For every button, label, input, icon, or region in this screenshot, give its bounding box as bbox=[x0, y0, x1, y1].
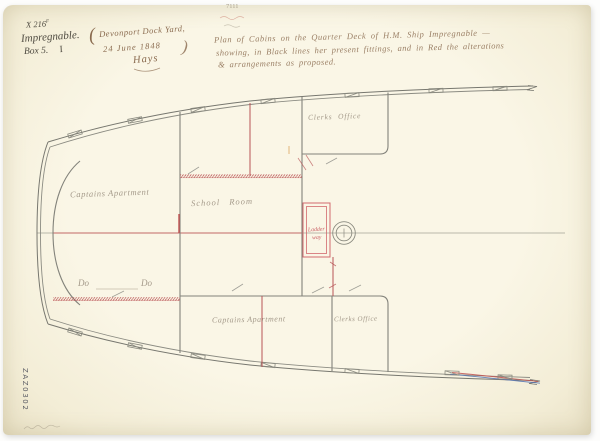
clerks-office-top-walls bbox=[302, 93, 388, 155]
pencil-number: 7111 bbox=[226, 3, 239, 10]
door-marks bbox=[112, 146, 361, 297]
box-label: Box 5. I bbox=[24, 45, 63, 57]
room-label-captains-apartment-bottom: Captains Apartment bbox=[212, 314, 286, 324]
ladder-way-label: Ladder way bbox=[302, 225, 332, 242]
pencil-signature-squiggle bbox=[24, 425, 60, 429]
ladder-way-label-line2: way bbox=[302, 233, 331, 243]
scanned-ship-plan: X 216F Impregnable. Box 5. I ( Devonport… bbox=[0, 0, 600, 441]
signature-flourish bbox=[134, 68, 160, 71]
faint-annotation-squiggles bbox=[24, 17, 244, 430]
room-label-clerks-office-top: Clerks Office bbox=[308, 111, 361, 122]
hull-outline bbox=[37, 86, 540, 385]
room-label-clerks-office-bottom: Clerks Office bbox=[334, 315, 378, 324]
box-numeral: I bbox=[59, 45, 63, 55]
ditto-left: Do bbox=[78, 278, 89, 288]
signature: Hays bbox=[133, 53, 159, 66]
lower-cabins-walls bbox=[180, 296, 388, 372]
ditto-right: Do bbox=[141, 278, 152, 288]
catalog-mark-number: X 216 bbox=[26, 19, 47, 30]
red-note-squiggle bbox=[220, 17, 244, 20]
side-reference-code: ZAZ0302 bbox=[21, 368, 29, 411]
partitions-existing bbox=[180, 93, 388, 373]
pencil-note-squiggle bbox=[224, 25, 240, 28]
box-label-text: Box 5. bbox=[24, 46, 49, 57]
mast-circle bbox=[333, 222, 356, 245]
catalog-mark-sup: F bbox=[46, 19, 49, 25]
catalog-mark: X 216F bbox=[26, 18, 50, 29]
